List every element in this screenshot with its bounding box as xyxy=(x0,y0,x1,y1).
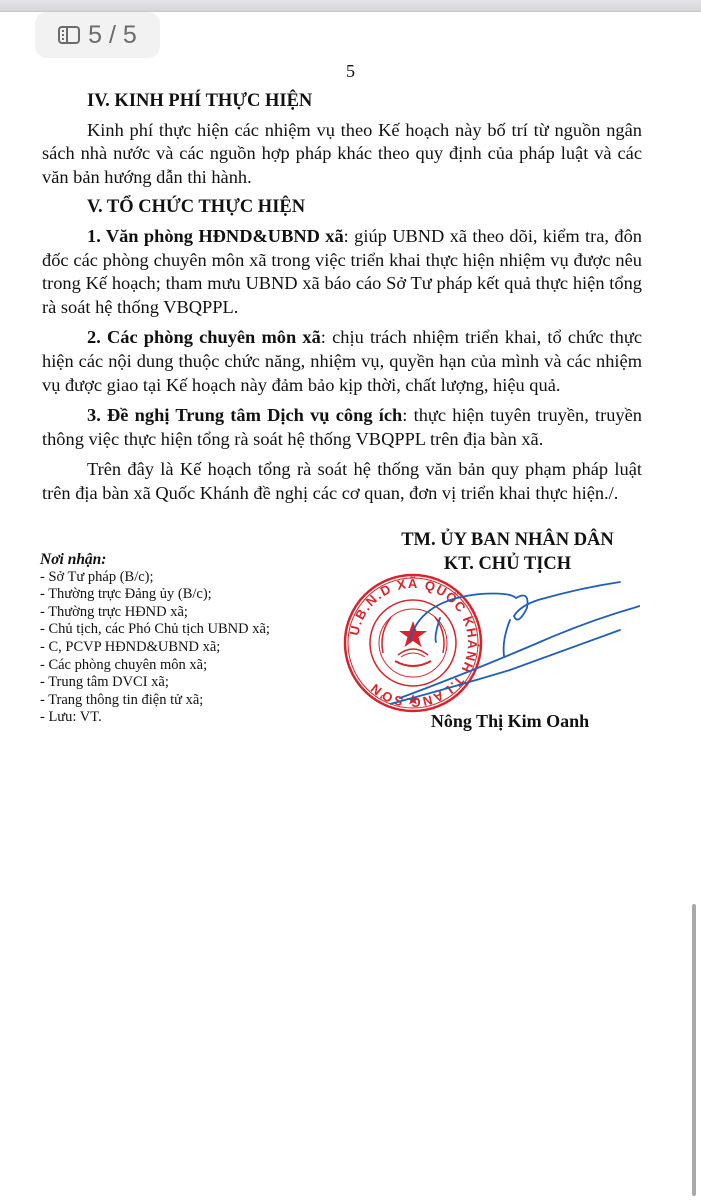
recipient-item: - Sở Tư pháp (B/c); xyxy=(40,569,270,587)
section-4-paragraph: Kinh phí thực hiện các nhiệm vụ theo Kế … xyxy=(42,119,642,190)
vertical-scrollbar[interactable] xyxy=(692,904,696,1196)
signer-name: Nông Thị Kim Oanh xyxy=(410,711,610,732)
item-1-lead: 1. Văn phòng HĐND&UBND xã xyxy=(87,226,344,246)
viewer-top-bar xyxy=(0,0,701,12)
recipient-item: - Trang thông tin điện tử xã; xyxy=(40,692,270,710)
recipient-item: - Trung tâm DVCI xã; xyxy=(40,674,270,692)
document-page-number: 5 xyxy=(346,61,355,82)
document-body: IV. KINH PHÍ THỰC HIỆN Kinh phí thực hiệ… xyxy=(42,90,642,513)
page-indicator-button[interactable]: 5 / 5 xyxy=(35,12,160,58)
sidebar-panel-icon xyxy=(58,26,80,44)
recipients-block: Nơi nhận: - Sở Tư pháp (B/c); - Thường t… xyxy=(40,551,270,727)
page-indicator-label: 5 / 5 xyxy=(88,21,137,50)
recipient-item: - Các phòng chuyên môn xã; xyxy=(40,657,270,675)
recipient-item: - Thường trực HĐND xã; xyxy=(40,604,270,622)
item-2-lead: 2. Các phòng chuyên môn xã xyxy=(87,327,321,347)
section-5-heading: V. TỔ CHỨC THỰC HIỆN xyxy=(87,196,642,220)
section-4-heading: IV. KINH PHÍ THỰC HIỆN xyxy=(87,90,642,114)
recipient-item: - Chủ tịch, các Phó Chủ tịch UBND xã; xyxy=(40,621,270,639)
section-5-item-2: 2. Các phòng chuyên môn xã: chịu trách n… xyxy=(42,326,642,397)
signer-title-line-1: TM. ỦY BAN NHÂN DÂN xyxy=(380,528,635,552)
item-3-lead: 3. Đề nghị Trung tâm Dịch vụ công ích xyxy=(87,405,402,425)
recipient-item: - Thường trực Đảng ủy (B/c); xyxy=(40,586,270,604)
handwritten-signature xyxy=(390,580,640,710)
closing-paragraph: Trên đây là Kế hoạch tổng rà soát hệ thố… xyxy=(42,458,642,505)
recipient-item: - Lưu: VT. xyxy=(40,709,270,727)
recipients-title: Nơi nhận: xyxy=(40,551,270,569)
section-5-item-3: 3. Đề nghị Trung tâm Dịch vụ công ích: t… xyxy=(42,404,642,451)
signer-title-block: TM. ỦY BAN NHÂN DÂN KT. CHỦ TỊCH xyxy=(380,528,635,576)
section-5-item-1: 1. Văn phòng HĐND&UBND xã: giúp UBND xã … xyxy=(42,225,642,319)
recipient-item: - C, PCVP HĐND&UBND xã; xyxy=(40,639,270,657)
